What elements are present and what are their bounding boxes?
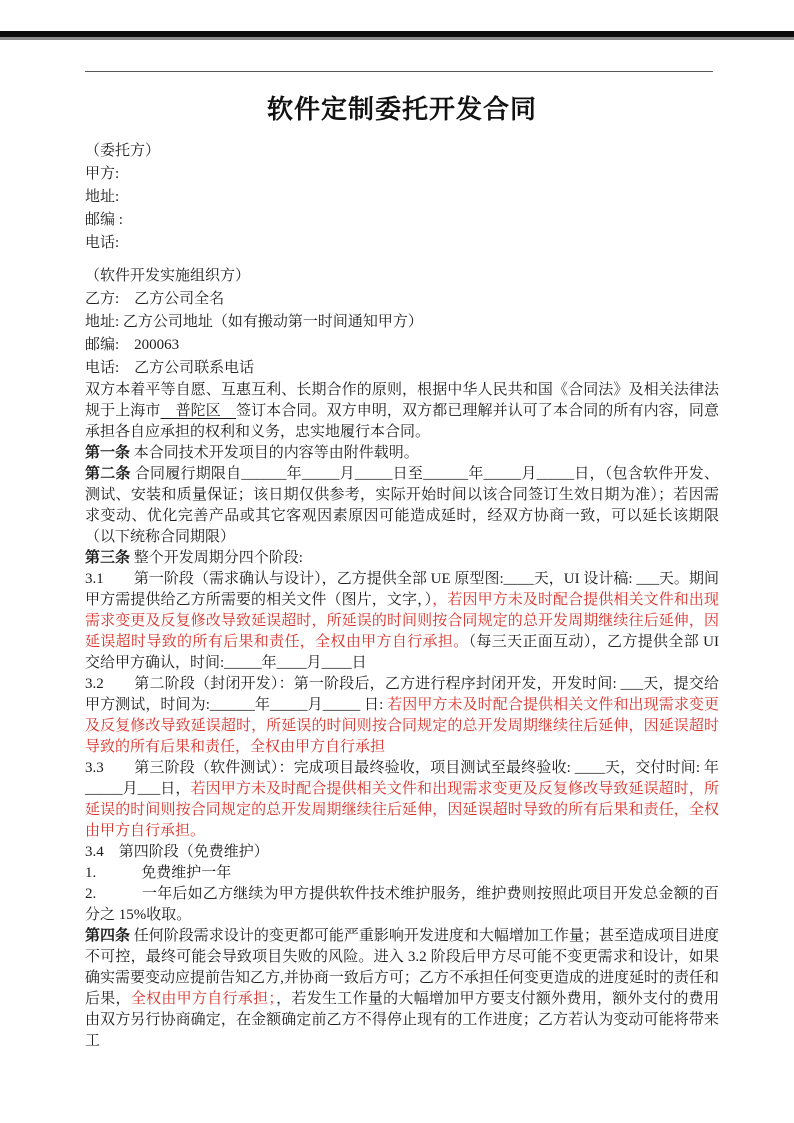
preamble: 双方本着平等自愿、互惠互利、长期合作的原则，根据中华人民共和国《合同法》及相关法… — [85, 380, 719, 443]
party-b-address: 地址: 乙方公司地址（如有搬动第一时间通知甲方） — [85, 311, 719, 334]
party-a-zip: 邮编 : — [85, 209, 719, 232]
contract-page: { "colors": { "text": "#1d1d1d", "red_cl… — [0, 0, 794, 1123]
party-b-zip: 邮编: 200063 — [85, 334, 719, 357]
article-4: 第四条 任何阶段需求设计的变更都可能严重影响开发进度和大幅增加工作量；甚至造成项… — [85, 926, 719, 1052]
top-gray-line — [0, 37, 794, 40]
party-b-phone: 电话: 乙方公司联系电话 — [85, 357, 719, 380]
document-content: 软件定制委托开发合同 （委托方）甲方:地址:邮编 :电话:（软件开发实施组织方）… — [85, 93, 719, 1052]
maintenance-item-2: 2. 一年后如乙方继续为甲方提供软件技术维护服务，维护费则按照此项目开发总金额的… — [85, 884, 719, 926]
phase-3-1: 3.1 第一阶段（需求确认与设计），乙方提供全部 UE 原型图:____天，UI… — [85, 569, 719, 674]
client-section-label: （委托方） — [85, 140, 719, 163]
blank-line — [85, 255, 719, 265]
party-a-name: 甲方: — [85, 163, 719, 186]
article-1: 第一条 本合同技术开发项目的内容等由附件载明。 — [85, 443, 719, 464]
developer-section-label: （软件开发实施组织方） — [85, 265, 719, 288]
article-3: 第三条 整个开发周期分四个阶段: — [85, 548, 719, 569]
header-rule — [85, 71, 713, 72]
phase-3-4: 3.4 第四阶段（免费维护） — [85, 842, 719, 863]
phase-3-3: 3.3 第三阶段（软件测试）：完成项目最终验收，项目测试至最终验收: ____天… — [85, 758, 719, 842]
article-2: 第二条 合同履行期限自______年_____月_____日至______年__… — [85, 464, 719, 548]
party-a-phone: 电话: — [85, 232, 719, 255]
maintenance-item-1: 1. 免费维护一年 — [85, 863, 719, 884]
party-a-address: 地址: — [85, 186, 719, 209]
party-b-name: 乙方: 乙方公司全名 — [85, 288, 719, 311]
document-body: （委托方）甲方:地址:邮编 :电话:（软件开发实施组织方）乙方: 乙方公司全名地… — [85, 140, 719, 1052]
phase-3-2: 3.2 第二阶段（封闭开发）：第一阶段后，乙方进行程序封闭开发，开发时间: __… — [85, 674, 719, 758]
document-title: 软件定制委托开发合同 — [85, 93, 719, 127]
